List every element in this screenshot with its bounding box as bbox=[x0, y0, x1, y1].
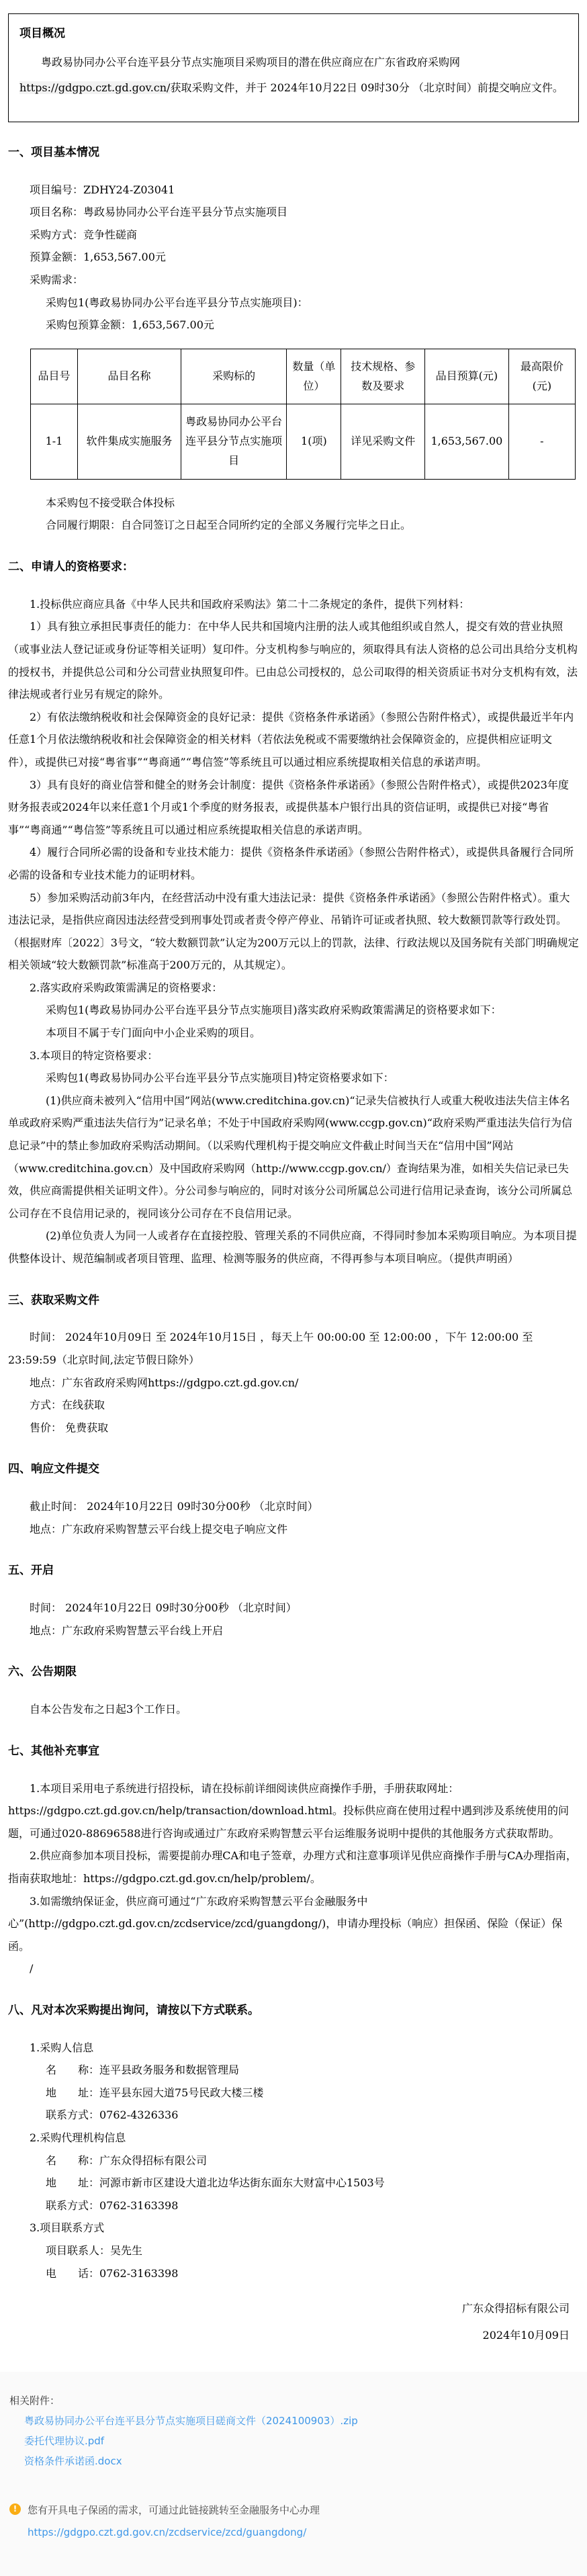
overview-text-prefix: 粤政易协同办公平台连平县分节点实施项目采购项目的潜在供应商应在广东省政府采购网 bbox=[41, 56, 460, 69]
section-heading-response-submission: 四、响应文件提交 bbox=[8, 1462, 579, 1478]
overview-box: 项目概况 粤政易协同办公平台连平县分节点实施项目采购项目的潜在供应商应在广东省政… bbox=[8, 13, 579, 122]
th-item-number: 品目号 bbox=[31, 349, 78, 404]
attachment-link-docx[interactable]: 资格条件承诺函.docx bbox=[24, 2451, 578, 2471]
section-heading-contact: 八、凡对本次采购提出询问，请按以下方式联系。 bbox=[8, 2003, 579, 2019]
guarantee-notice: ! 您有开具电子保函的需求，可通过此链接跳转至金融服务中心办理 bbox=[9, 2502, 578, 2518]
obtain-location: 地点：广东省政府采购网https://gdgpo.czt.gd.gov.cn/ bbox=[8, 1372, 579, 1394]
cell-item-budget: 1,653,567.00 bbox=[425, 404, 509, 479]
attachments-label: 相关附件： bbox=[9, 2391, 578, 2411]
supplementary-paragraph: 3.如需缴纳保证金，供应商可通过“广东政府采购智慧云平台金融服务中心”(http… bbox=[8, 1890, 579, 1958]
overview-title: 项目概况 bbox=[19, 21, 568, 47]
items-table: 品目号 品目名称 采购标的 数量（单位） 技术规格、参数及要求 品目预算(元) … bbox=[30, 349, 576, 480]
obtain-price: 售价： 免费获取 bbox=[8, 1417, 579, 1439]
project-contact-person: 项目联系人：吴先生 bbox=[8, 2239, 579, 2262]
attachment-link-zip[interactable]: 粤政易协同办公平台连平县分节点实施项目磋商文件（2024100903）.zip bbox=[24, 2411, 578, 2431]
package-budget: 采购包预算金额：1,653,567.00元 bbox=[8, 314, 579, 337]
field-budget-amount: 预算金额：1,653,567.00元 bbox=[8, 246, 579, 269]
cell-max-price: - bbox=[508, 404, 575, 479]
agency-info-title: 2.采购代理机构信息 bbox=[8, 2127, 579, 2149]
purchaser-address: 地 址：连平县东园大道75号民政大楼三楼 bbox=[8, 2082, 579, 2104]
items-table-head: 品目号 品目名称 采购标的 数量（单位） 技术规格、参数及要求 品目预算(元) … bbox=[31, 349, 576, 404]
page-footer: 相关附件： 粤政易协同办公平台连平县分节点实施项目磋商文件（2024100903… bbox=[0, 2372, 587, 2576]
announcement-period-text: 自本公告发布之日起3个工作日。 bbox=[8, 1698, 579, 1721]
overview-text-suffix: 获取采购文件，并于 2024年10月22日 09时30分 （北京时间）前提交响应… bbox=[170, 81, 563, 94]
cell-item-number: 1-1 bbox=[31, 404, 78, 479]
agency-name: 名 称：广东众得招标有限公司 bbox=[8, 2149, 579, 2172]
th-quantity-unit: 数量（单位） bbox=[287, 349, 341, 404]
qualification-paragraph: 4）履行合同所必需的设备和专业技术能力：提供《资格条件承诺函》（参照公告附件格式… bbox=[8, 841, 579, 886]
guarantee-notice-text: 您有开具电子保函的需求，可通过此链接跳转至金融服务中心办理 bbox=[28, 2502, 320, 2518]
th-tech-specs: 技术规格、参数及要求 bbox=[341, 349, 425, 404]
th-item-name: 品目名称 bbox=[78, 349, 181, 404]
th-item-budget: 品目预算(元) bbox=[425, 349, 509, 404]
items-table-body: 1-1 软件集成实施服务 粤政易协同办公平台连平县分节点实施项目 1(项) 详见… bbox=[31, 404, 576, 479]
procurement-announcement-page: 项目概况 粤政易协同办公平台连平县分节点实施项目采购项目的潜在供应商应在广东省政… bbox=[0, 0, 587, 2576]
attachments-list: 粤政易协同办公平台连平县分节点实施项目磋商文件（2024100903）.zip … bbox=[9, 2411, 578, 2471]
qualification-paragraph: (2)单位负责人为同一人或者存在直接控股、管理关系的不同供应商，不得同时参加本采… bbox=[8, 1225, 579, 1270]
cell-quantity-unit: 1(项) bbox=[287, 404, 341, 479]
qualification-paragraph: 本项目不属于专门面向中小企业采购的项目。 bbox=[8, 1022, 579, 1045]
qualification-paragraph: 5）参加采购活动前3年内，在经营活动中没有重大违法记录：提供《资格条件承诺函》（… bbox=[8, 887, 579, 977]
purchaser-contact: 联系方式：0762-4326336 bbox=[8, 2104, 579, 2127]
supplementary-paragraph: 1.本项目采用电子系统进行招投标，请在投标前详细阅读供应商操作手册，手册获取网址… bbox=[8, 1777, 579, 1845]
field-project-name: 项目名称：粤政易协同办公平台连平县分节点实施项目 bbox=[8, 201, 579, 224]
signature-date: 2024年10月09日 bbox=[8, 2322, 570, 2349]
section-heading-qualifications: 二、申请人的资格要求： bbox=[8, 560, 579, 576]
warning-icon: ! bbox=[9, 2503, 21, 2515]
cell-tech-specs: 详见采购文件 bbox=[341, 404, 425, 479]
purchaser-name: 名 称：连平县政务服务和数据管理局 bbox=[8, 2059, 579, 2082]
qualification-paragraph: 1）具有独立承担民事责任的能力：在中华人民共和国境内注册的法人或其他组织或自然人… bbox=[8, 615, 579, 705]
note-contract-period: 合同履行期限：自合同签订之日起至合同所约定的全部义务履行完毕之日止。 bbox=[8, 514, 579, 537]
financial-service-center-link[interactable]: https://gdgpo.czt.gd.gov.cn/zcdservice/z… bbox=[28, 2526, 578, 2538]
th-max-price: 最高限价(元) bbox=[508, 349, 575, 404]
qualification-paragraph: 2）有依法缴纳税收和社会保障资金的良好记录：提供《资格条件承诺函》（参照公告附件… bbox=[8, 706, 579, 774]
agency-contact: 联系方式：0762-3163398 bbox=[8, 2194, 579, 2217]
opening-location: 地点：广东政府采购智慧云平台线上开启 bbox=[8, 1619, 579, 1642]
opening-time: 时间： 2024年10月22日 09时30分00秒 （北京时间） bbox=[8, 1597, 579, 1619]
field-procurement-method: 采购方式：竞争性磋商 bbox=[8, 224, 579, 247]
purchaser-info-title: 1.采购人信息 bbox=[8, 2037, 579, 2059]
section-heading-basic-info: 一、项目基本情况 bbox=[8, 145, 579, 161]
field-project-number: 项目编号：ZDHY24-Z03041 bbox=[8, 179, 579, 202]
signature-company: 广东众得招标有限公司 bbox=[8, 2295, 570, 2322]
note-no-consortium: 本采购包不接受联合体投标 bbox=[8, 492, 579, 515]
qualification-paragraph: 采购包1(粤政易协同办公平台连平县分节点实施项目)落实政府采购政策需满足的资格要… bbox=[8, 999, 579, 1022]
obtain-method: 方式：在线获取 bbox=[8, 1394, 579, 1417]
qualification-paragraph: 3）具有良好的商业信誉和健全的财务会计制度：提供《资格条件承诺函》（参照公告附件… bbox=[8, 774, 579, 842]
supplementary-paragraph: / bbox=[8, 1957, 579, 1980]
announcement-document: 项目概况 粤政易协同办公平台连平县分节点实施项目采购项目的潜在供应商应在广东省政… bbox=[0, 0, 587, 2372]
procurement-site-url: https://gdgpo.czt.gd.gov.cn/ bbox=[19, 81, 170, 94]
qualification-paragraph: 3.本项目的特定资格要求： bbox=[8, 1045, 579, 1067]
field-procurement-demand-label: 采购需求： bbox=[8, 269, 579, 292]
table-row: 1-1 软件集成实施服务 粤政易协同办公平台连平县分节点实施项目 1(项) 详见… bbox=[31, 404, 576, 479]
qualification-paragraph: 采购包1(粤政易协同办公平台连平县分节点实施项目)特定资格要求如下： bbox=[8, 1067, 579, 1090]
cell-procurement-subject: 粤政易协同办公平台连平县分节点实施项目 bbox=[181, 404, 287, 479]
qualification-paragraph: 2.落实政府采购政策需满足的资格要求： bbox=[8, 977, 579, 1000]
attachment-link-pdf[interactable]: 委托代理协议.pdf bbox=[24, 2431, 578, 2451]
section-heading-opening: 五、开启 bbox=[8, 1563, 579, 1579]
section-heading-supplementary: 七、其他补充事宜 bbox=[8, 1744, 579, 1760]
submission-location: 地点：广东政府采购智慧云平台线上提交电子响应文件 bbox=[8, 1518, 579, 1541]
project-contact-phone: 电 话：0762-3163398 bbox=[8, 2262, 579, 2285]
qualification-paragraph: (1)供应商未被列入“信用中国”网站(www.creditchina.gov.c… bbox=[8, 1090, 579, 1225]
obtain-time: 时间： 2024年10月09日 至 2024年10月15日 ，每天上午 00:0… bbox=[8, 1326, 579, 1371]
supplementary-paragraph: 2.供应商参加本项目投标，需要提前办理CA和电子签章，办理方式和注意事项详见供应… bbox=[8, 1845, 579, 1890]
package-title: 采购包1(粤政易协同办公平台连平县分节点实施项目)： bbox=[8, 292, 579, 314]
project-contact-title: 3.项目联系方式 bbox=[8, 2217, 579, 2239]
section-heading-announcement-period: 六、公告期限 bbox=[8, 1664, 579, 1681]
submission-deadline: 截止时间： 2024年10月22日 09时30分00秒 （北京时间） bbox=[8, 1495, 579, 1518]
overview-text: 粤政易协同办公平台连平县分节点实施项目采购项目的潜在供应商应在广东省政府采购网h… bbox=[19, 50, 568, 101]
th-procurement-subject: 采购标的 bbox=[181, 349, 287, 404]
section-heading-obtain-documents: 三、获取采购文件 bbox=[8, 1293, 579, 1309]
items-table-header-row: 品目号 品目名称 采购标的 数量（单位） 技术规格、参数及要求 品目预算(元) … bbox=[31, 349, 576, 404]
cell-item-name: 软件集成实施服务 bbox=[78, 404, 181, 479]
signature-block: 广东众得招标有限公司 2024年10月09日 bbox=[8, 2284, 579, 2372]
qualification-paragraph: 1.投标供应商应具备《中华人民共和国政府采购法》第二十二条规定的条件，提供下列材… bbox=[8, 593, 579, 616]
